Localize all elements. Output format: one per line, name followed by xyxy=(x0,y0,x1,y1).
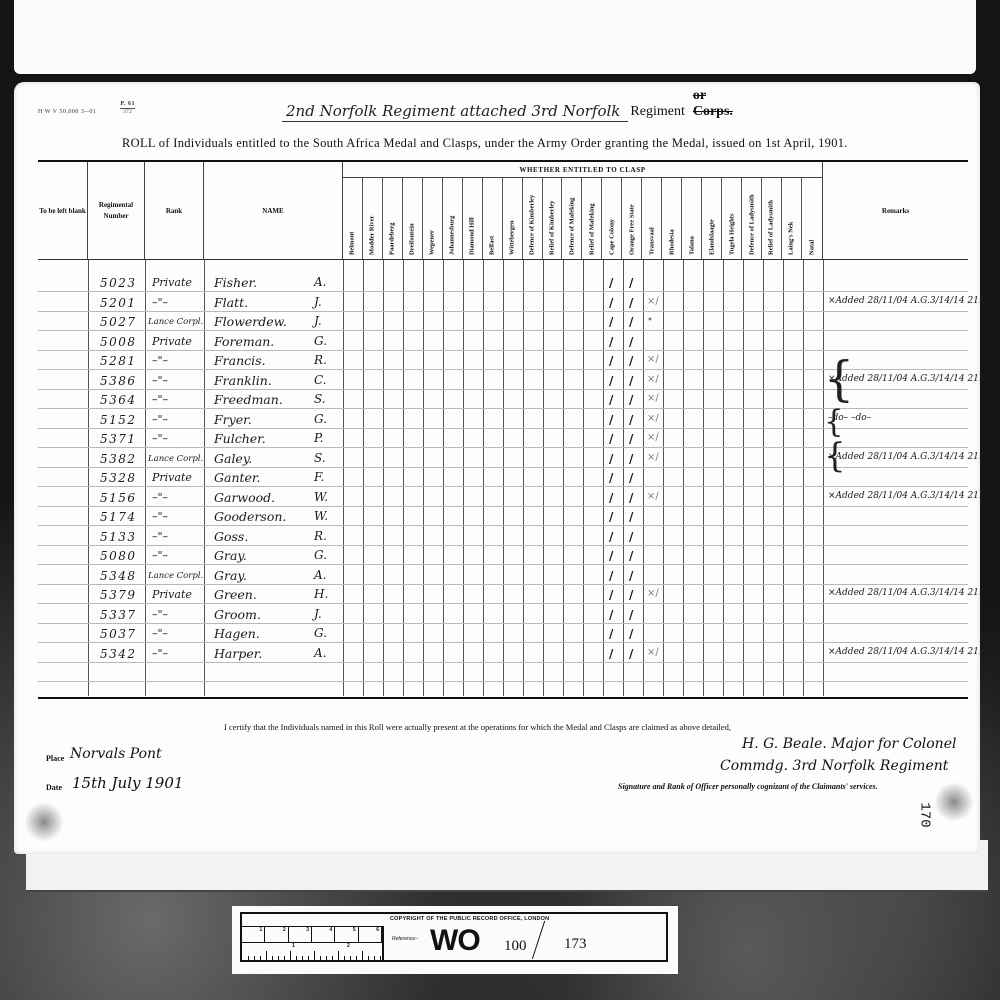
surname: Green. xyxy=(214,587,257,602)
surname: Harper. xyxy=(214,646,262,661)
clasp-header-belmont: Belmont xyxy=(343,178,363,259)
surname: Gooderson. xyxy=(214,509,286,524)
regimental-number: 5348 xyxy=(100,569,137,583)
place-label: Place xyxy=(46,754,64,763)
table-row: 5174–"–Gooderson.W.// xyxy=(38,508,968,528)
ruler-cm-mark: 4 xyxy=(312,927,335,942)
clasp-header-laing-s-nek: Laing's Nek xyxy=(782,178,802,259)
reference-slash xyxy=(532,921,545,959)
clasp-mark-cape-colony: / xyxy=(609,491,613,505)
surname: Fryer. xyxy=(214,412,252,427)
table-body: 5023PrivateFisher.A.//5201–"–Flatt.J.//×… xyxy=(38,260,968,696)
surname: Groom. xyxy=(214,607,261,622)
clasp-header-label: Relief of Mafeking xyxy=(588,203,595,255)
clasp-mark-orange-free-state: / xyxy=(629,393,633,407)
clasp-mark-cape-colony: / xyxy=(609,549,613,563)
clasp-header-cape-colony: Cape Colony xyxy=(602,178,622,259)
clasp-mark-orange-free-state: / xyxy=(629,491,633,505)
clasp-header-label: Transvaal xyxy=(648,227,655,255)
date-value: 15th July 1901 xyxy=(72,774,183,792)
regimental-number: 5364 xyxy=(100,393,137,407)
clasp-header-label: Elandslaagte xyxy=(708,219,715,255)
remark: ×Added 28/11/04 A.G.3/14/14 211 xyxy=(828,588,985,598)
rank: Private xyxy=(152,276,192,289)
clasp-mark-orange-free-state: / xyxy=(629,276,633,290)
reference-label: Reference:- xyxy=(392,936,418,942)
clasp-header-label: Natal xyxy=(808,240,815,255)
archive-reference-label: 123456 12 COPYRIGHT OF THE PUBLIC RECORD… xyxy=(232,906,678,974)
rank: Private xyxy=(152,335,192,348)
initial: R. xyxy=(314,353,327,367)
table-row: 5337–"–Groom.J.// xyxy=(38,606,968,626)
regimental-number: 5152 xyxy=(100,413,137,427)
clasp-mark-cape-colony: / xyxy=(609,608,613,622)
clasp-header-label: Relief of Kimberley xyxy=(549,200,556,255)
clasp-header-label: Defence of Kimberley xyxy=(529,195,536,255)
ruler-tick xyxy=(290,951,291,961)
initial: J. xyxy=(314,607,322,621)
ruler-tick xyxy=(284,956,285,961)
clasp-mark-orange-free-state: / xyxy=(629,354,633,368)
initial: P. xyxy=(314,431,323,445)
rank: –"– xyxy=(152,432,168,445)
clasp-header-label: Cape Colony xyxy=(608,219,615,255)
clasp-mark-orange-free-state: / xyxy=(629,569,633,583)
page-ref-bottom: 372 xyxy=(120,108,135,116)
ruler-tick xyxy=(332,956,333,961)
page-reference: P. 61 372 xyxy=(120,101,135,116)
clasp-header-elandslaagte: Elandslaagte xyxy=(702,178,722,259)
initial: A. xyxy=(314,275,326,289)
ruler-inch-mark: 2 xyxy=(347,943,350,949)
previous-page-edge xyxy=(14,0,976,74)
ruler-tick xyxy=(278,956,279,961)
table-bottom-rule xyxy=(38,697,968,699)
clasp-mark-transvaal: ×/ xyxy=(647,354,659,365)
clasp-mark-cape-colony: / xyxy=(609,296,613,310)
table-row: 5080–"–Gray.G.// xyxy=(38,547,968,567)
clasp-mark-transvaal: ×/ xyxy=(647,413,659,424)
clasp-mark-cape-colony: / xyxy=(609,413,613,427)
remark: ×Added 28/11/04 A.G.3/14/14 211 xyxy=(828,296,985,306)
rank: –"– xyxy=(152,354,168,367)
grouping-brace: { xyxy=(824,352,854,407)
clasp-mark-cape-colony: / xyxy=(609,276,613,290)
initial: G. xyxy=(314,626,327,640)
clasp-header-talana: Talana xyxy=(682,178,702,259)
table-row: 5156–"–Garwood.W.//×/×Added 28/11/04 A.G… xyxy=(38,489,968,509)
clasp-header-label: Defence of Mafeking xyxy=(568,198,575,255)
clasp-header-paardeberg: Paardeberg xyxy=(383,178,403,259)
ruler-tick xyxy=(368,956,369,961)
ruler-cm-mark: 6 xyxy=(359,927,382,942)
initial: J. xyxy=(314,295,322,309)
signature-caption: Signature and Rank of Officer personally… xyxy=(618,782,878,791)
clasp-header-label: Laing's Nek xyxy=(788,222,795,255)
ruler-cm-scale: 123456 xyxy=(242,927,382,943)
row-rule xyxy=(38,681,968,682)
initial: A. xyxy=(314,646,326,660)
table-row: 5201–"–Flatt.J.//×/×Added 28/11/04 A.G.3… xyxy=(38,294,968,314)
rank: Private xyxy=(152,471,192,484)
clasp-mark-transvaal: • xyxy=(647,315,653,326)
surname: Goss. xyxy=(214,529,248,544)
clasp-mark-transvaal: ×/ xyxy=(647,647,659,658)
clasp-mark-orange-free-state: / xyxy=(629,608,633,622)
table-row: 5008PrivateForeman.G.// xyxy=(38,333,968,353)
place-value: Norvals Pont xyxy=(70,746,162,762)
clasp-mark-cape-colony: / xyxy=(609,432,613,446)
clasp-header-label: Relief of Ladysmith xyxy=(768,200,775,255)
ruler-inch-scale: 12 xyxy=(242,943,382,961)
clasp-header-label: Orange Free State xyxy=(628,204,635,255)
surname: Flowerdew. xyxy=(214,314,287,329)
table-row: 5023PrivateFisher.A.// xyxy=(38,274,968,294)
table-row: 5379PrivateGreen.H.//×/×Added 28/11/04 A… xyxy=(38,586,968,606)
header-name: NAME xyxy=(204,162,343,260)
medal-roll-table: To be left blank Regimental Number Rank … xyxy=(38,160,968,696)
clasp-mark-cape-colony: / xyxy=(609,510,613,524)
rank: Lance Corpl. xyxy=(148,454,203,464)
ruler-tick xyxy=(308,956,309,961)
rank: –"– xyxy=(152,374,168,387)
table-row: 5037–"–Hagen.G.// xyxy=(38,625,968,645)
clasp-mark-orange-free-state: / xyxy=(629,647,633,661)
rank: Lance Corpl. xyxy=(148,571,203,581)
rank: –"– xyxy=(152,647,168,660)
surname: Fisher. xyxy=(214,275,257,290)
clasp-mark-transvaal: ×/ xyxy=(647,393,659,404)
signature-line-2: Commdg. 3rd Norfolk Regiment xyxy=(720,758,948,774)
certification-statement: I certify that the Individuals named in … xyxy=(224,722,731,732)
ruler-tick xyxy=(344,956,345,961)
clasp-header-defence-of-ladysmith: Defence of Ladysmith xyxy=(742,178,762,259)
corps-struck-text: or Corps. xyxy=(693,88,733,122)
clasp-mark-cape-colony: / xyxy=(609,471,613,485)
regimental-number: 5027 xyxy=(100,315,137,329)
remark: ×Added 28/11/04 A.G.3/14/14 211 xyxy=(828,452,985,462)
header-rank-label: Rank xyxy=(166,206,182,217)
regimental-number: 5156 xyxy=(100,491,137,505)
surname: Galey. xyxy=(214,451,252,466)
roll-title: ROLL of Individuals entitled to the Sout… xyxy=(122,136,972,151)
clasp-mark-cape-colony: / xyxy=(609,393,613,407)
initial: H. xyxy=(314,587,328,601)
rank: Lance Corpl. xyxy=(148,317,203,327)
clasp-header-relief-of-kimberley: Relief of Kimberley xyxy=(543,178,563,259)
surname: Francis. xyxy=(214,353,266,368)
ink-smudge xyxy=(24,802,64,842)
ruler-cm-mark: 3 xyxy=(289,927,312,942)
rank: –"– xyxy=(152,530,168,543)
rank: –"– xyxy=(152,510,168,523)
header-number-label: Regimental Number xyxy=(88,200,144,222)
clasp-mark-cape-colony: / xyxy=(609,452,613,466)
reference-item: 173 xyxy=(564,936,587,953)
date-label: Date xyxy=(46,783,62,792)
scale-ruler: 123456 12 xyxy=(242,926,384,962)
rank: –"– xyxy=(152,413,168,426)
initial: R. xyxy=(314,529,327,543)
clasp-header-label: Wittebergen xyxy=(509,220,516,255)
clasp-columns: BelmontModder RiverPaardebergDreifontein… xyxy=(343,178,822,259)
initial: S. xyxy=(314,392,326,406)
ink-smudge xyxy=(934,782,974,822)
clasp-mark-orange-free-state: / xyxy=(629,296,633,310)
clasp-header-label: Modder River xyxy=(369,216,376,255)
initial: C. xyxy=(314,373,327,387)
ruler-tick xyxy=(362,951,363,961)
table-row: 5348Lance Corpl.Gray.A.// xyxy=(38,567,968,587)
clasp-header-diamond-hill: Diamond Hill xyxy=(463,178,483,259)
clasp-mark-orange-free-state: / xyxy=(629,510,633,524)
initial: J. xyxy=(314,314,322,328)
clasp-header-relief-of-ladysmith: Relief of Ladysmith xyxy=(762,178,782,259)
ruler-inch-mark: 1 xyxy=(292,943,295,949)
header-blank-label: To be left blank xyxy=(39,206,86,217)
clasp-mark-transvaal: ×/ xyxy=(647,452,659,463)
regiment-handwritten: 2nd Norfolk Regiment attached 3rd Norfol… xyxy=(282,102,628,122)
regimental-number: 5281 xyxy=(100,354,137,368)
clasp-header-label: Tugela Heights xyxy=(728,214,735,255)
header-remarks-label: Remarks xyxy=(882,206,909,217)
clasp-header-johannesburg: Johannesburg xyxy=(443,178,463,259)
clasp-mark-cape-colony: / xyxy=(609,315,613,329)
copyright-notice: COPYRIGHT OF THE PUBLIC RECORD OFFICE, L… xyxy=(390,916,549,922)
regimental-number: 5371 xyxy=(100,432,137,446)
regimental-number: 5342 xyxy=(100,647,137,661)
regiment-heading: 2nd Norfolk Regiment attached 3rd Norfol… xyxy=(282,96,722,122)
clasp-mark-orange-free-state: / xyxy=(629,335,633,349)
clasp-mark-orange-free-state: / xyxy=(629,315,633,329)
initial: A. xyxy=(314,568,326,582)
clasp-header-relief-of-mafeking: Relief of Mafeking xyxy=(582,178,602,259)
clasp-header-label: Wepener xyxy=(429,230,436,255)
clasp-mark-orange-free-state: / xyxy=(629,452,633,466)
clasp-header-label: Defence of Ladysmith xyxy=(748,194,755,255)
ruler-tick xyxy=(248,956,249,961)
surname: Hagen. xyxy=(214,626,260,641)
rank: –"– xyxy=(152,491,168,504)
medal-roll-sheet: H W V 50,000 3--01 P. 61 372 2nd Norfolk… xyxy=(14,82,980,854)
ruler-tick xyxy=(314,951,315,961)
folio-number: 170 xyxy=(917,802,933,827)
regimental-number: 5080 xyxy=(100,549,137,563)
clasp-mark-transvaal: ×/ xyxy=(647,588,659,599)
ruler-tick xyxy=(260,956,261,961)
clasp-mark-orange-free-state: / xyxy=(629,588,633,602)
table-row: 5133–"–Goss.R.// xyxy=(38,528,968,548)
surname: Foreman. xyxy=(214,334,274,349)
reference-series: WO xyxy=(430,924,480,958)
regimental-number: 5201 xyxy=(100,296,137,310)
clasp-header-label: Dreifontein xyxy=(409,223,416,255)
clasp-mark-orange-free-state: / xyxy=(629,413,633,427)
regimental-number: 5008 xyxy=(100,335,137,349)
clasp-mark-orange-free-state: / xyxy=(629,549,633,563)
page-ref-top: P. 61 xyxy=(120,101,135,107)
surname: Gray. xyxy=(214,548,247,563)
clasp-mark-transvaal: ×/ xyxy=(647,296,659,307)
clasp-header-rhodesia: Rhodesia xyxy=(662,178,682,259)
form-code-text: H W V 50,000 3--01 xyxy=(38,109,96,115)
ruler-tick xyxy=(272,956,273,961)
initial: F. xyxy=(314,470,324,484)
rank: –"– xyxy=(152,296,168,309)
clasp-header-modder-river: Modder River xyxy=(363,178,383,259)
form-code: H W V 50,000 3--01 P. 61 372 xyxy=(38,101,135,116)
clasp-mark-orange-free-state: / xyxy=(629,627,633,641)
clasp-mark-orange-free-state: / xyxy=(629,530,633,544)
header-name-label: NAME xyxy=(262,206,283,217)
clasp-header-tugela-heights: Tugela Heights xyxy=(722,178,742,259)
clasp-header-label: Paardeberg xyxy=(389,223,396,256)
archive-label-frame: 123456 12 COPYRIGHT OF THE PUBLIC RECORD… xyxy=(240,912,668,962)
regimental-number: 5037 xyxy=(100,627,137,641)
clasp-header-defence-of-kimberley: Defence of Kimberley xyxy=(523,178,543,259)
clasp-mark-cape-colony: / xyxy=(609,530,613,544)
ruler-tick xyxy=(380,956,381,961)
clasp-header-label: Belmont xyxy=(349,232,356,255)
clasp-mark-orange-free-state: / xyxy=(629,374,633,388)
surname: Franklin. xyxy=(214,373,272,388)
signature-line-1: H. G. Beale. Major for Colonel xyxy=(742,736,956,752)
surname: Ganter. xyxy=(214,470,260,485)
table-row: 5027Lance Corpl.Flowerdew.J.//• xyxy=(38,313,968,333)
clasp-header-label: Talana xyxy=(688,236,695,255)
clasp-mark-cape-colony: / xyxy=(609,374,613,388)
ruler-tick xyxy=(266,951,267,961)
clasp-mark-cape-colony: / xyxy=(609,569,613,583)
clasp-header-label: Belfast xyxy=(489,236,496,255)
clasp-mark-cape-colony: / xyxy=(609,354,613,368)
remark: ×Added 28/11/04 A.G.3/14/14 211 xyxy=(828,491,985,501)
table-row: 5342–"–Harper.A.//×/×Added 28/11/04 A.G.… xyxy=(38,645,968,665)
header-rank: Rank xyxy=(145,162,204,260)
clasp-header-wepener: Wepener xyxy=(423,178,443,259)
clasp-header-label: Johannesburg xyxy=(449,216,456,255)
clasp-mark-transvaal: ×/ xyxy=(647,374,659,385)
remark: ×Added 28/11/04 A.G.3/14/14 211 xyxy=(828,647,985,657)
clasp-mark-transvaal: ×/ xyxy=(647,491,659,502)
regimental-number: 5337 xyxy=(100,608,137,622)
initial: G. xyxy=(314,548,327,562)
surname: Gray. xyxy=(214,568,247,583)
clasp-header-defence-of-mafeking: Defence of Mafeking xyxy=(562,178,582,259)
grouping-brace: { xyxy=(824,436,846,476)
initial: S. xyxy=(314,451,326,465)
reference-piece: 100 xyxy=(504,938,527,955)
surname: Fulcher. xyxy=(214,431,266,446)
surname: Garwood. xyxy=(214,490,275,505)
regimental-number: 5386 xyxy=(100,374,137,388)
ruler-tick xyxy=(350,956,351,961)
header-remarks: Remarks xyxy=(823,162,968,260)
ruler-cm-mark: 2 xyxy=(265,927,288,942)
clasp-mark-cape-colony: / xyxy=(609,335,613,349)
clasp-group-title: WHETHER ENTITLED TO CLASP xyxy=(343,162,822,178)
ruler-tick xyxy=(338,951,339,961)
ruler-tick xyxy=(254,956,255,961)
rank: Private xyxy=(152,588,192,601)
initial: G. xyxy=(314,334,327,348)
initial: W. xyxy=(314,509,328,523)
clasp-mark-cape-colony: / xyxy=(609,588,613,602)
rank: –"– xyxy=(152,393,168,406)
ruler-tick xyxy=(326,956,327,961)
clasp-mark-cape-colony: / xyxy=(609,627,613,641)
initial: W. xyxy=(314,490,328,504)
header-number: Regimental Number xyxy=(88,162,145,260)
ruler-cm-mark: 5 xyxy=(335,927,358,942)
table-header: To be left blank Regimental Number Rank … xyxy=(38,162,968,260)
ruler-tick xyxy=(374,956,375,961)
rank: –"– xyxy=(152,627,168,640)
ruler-tick xyxy=(320,956,321,961)
clasp-header-orange-free-state: Orange Free State xyxy=(622,178,642,259)
regiment-printed: Regiment xyxy=(630,104,684,122)
rank: –"– xyxy=(152,608,168,621)
regimental-number: 5023 xyxy=(100,276,137,290)
clasp-header-label: Diamond Hill xyxy=(469,217,476,255)
ruler-tick xyxy=(302,956,303,961)
clasp-mark-orange-free-state: / xyxy=(629,471,633,485)
regimental-number: 5382 xyxy=(100,452,137,466)
ruler-tick xyxy=(296,956,297,961)
clasp-header-label: Rhodesia xyxy=(668,229,675,255)
clasp-header-natal: Natal xyxy=(802,178,822,259)
clasp-mark-orange-free-state: / xyxy=(629,432,633,446)
surname: Flatt. xyxy=(214,295,248,310)
clasp-header-transvaal: Transvaal xyxy=(642,178,662,259)
clasp-mark-cape-colony: / xyxy=(609,647,613,661)
clasp-header-belfast: Belfast xyxy=(483,178,503,259)
grouping-brace: { xyxy=(824,405,843,440)
ruler-cm-mark: 1 xyxy=(242,927,265,942)
clasp-header-wittebergen: Wittebergen xyxy=(503,178,523,259)
initial: G. xyxy=(314,412,327,426)
surname: Freedman. xyxy=(214,392,283,407)
header-blank: To be left blank xyxy=(38,162,88,260)
regimental-number: 5379 xyxy=(100,588,137,602)
ruler-tick xyxy=(356,956,357,961)
clasp-header-group: WHETHER ENTITLED TO CLASP BelmontModder … xyxy=(343,162,823,260)
clasp-header-dreifontein: Dreifontein xyxy=(403,178,423,259)
regimental-number: 5174 xyxy=(100,510,137,524)
clasp-mark-transvaal: ×/ xyxy=(647,432,659,443)
regimental-number: 5133 xyxy=(100,530,137,544)
rank: –"– xyxy=(152,549,168,562)
regimental-number: 5328 xyxy=(100,471,137,485)
